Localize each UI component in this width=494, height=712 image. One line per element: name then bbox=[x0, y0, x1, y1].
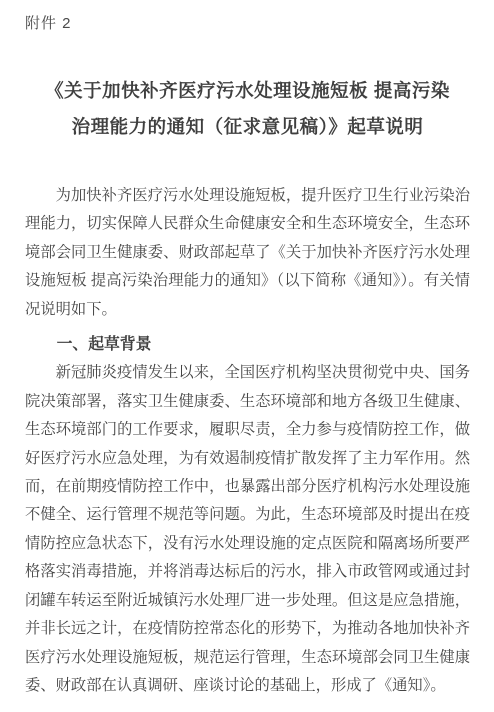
document-title: 《关于加快补齐医疗污水处理设施短板 提高污染 治理能力的通知（征求意见稿）》起草… bbox=[31, 73, 464, 145]
section-1-paragraph: 新冠肺炎疫情发生以来，全国医疗机构坚决贯彻党中央、国务院决策部署，落实卫生健康委… bbox=[25, 359, 470, 700]
attachment-label: 附件 2 bbox=[25, 12, 470, 33]
document-page: 附件 2 《关于加快补齐医疗污水处理设施短板 提高污染 治理能力的通知（征求意见… bbox=[0, 0, 494, 712]
document-title-line-2: 治理能力的通知（征求意见稿）》起草说明 bbox=[31, 109, 464, 145]
document-title-line-1: 《关于加快补齐医疗污水处理设施短板 提高污染 bbox=[31, 73, 464, 109]
intro-paragraph: 为加快补齐医疗污水处理设施短板，提升医疗卫生行业污染治理能力，切实保障人民群众生… bbox=[25, 182, 470, 324]
section-1-heading: 一、起草背景 bbox=[25, 331, 470, 359]
